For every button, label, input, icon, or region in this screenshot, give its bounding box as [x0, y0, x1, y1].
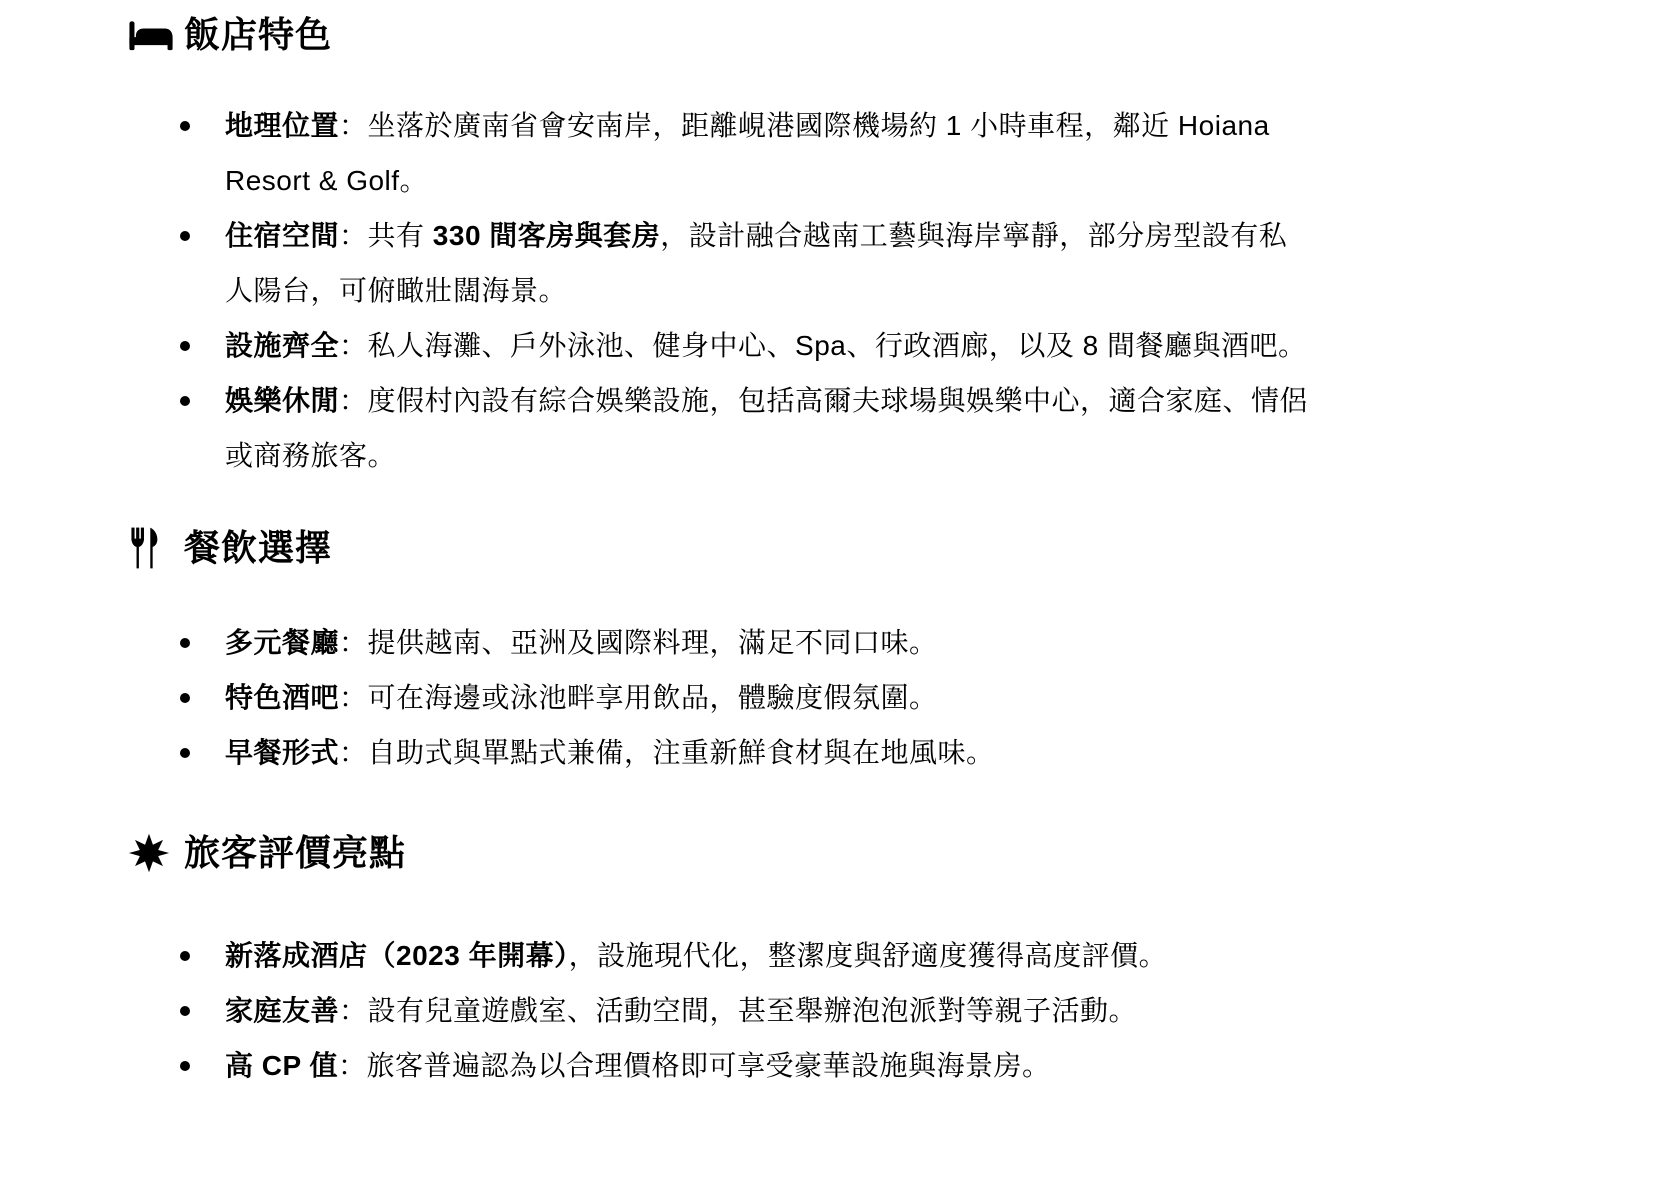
bullet-text: ：度假村內設有綜合娛樂設施，包括高爾夫球場與娛樂中心，適合家庭、情侶 或商務旅客… — [225, 385, 1308, 471]
section-title: 飯店特色 — [128, 10, 1654, 60]
section-title: 餐飲選擇 — [128, 523, 1654, 573]
bullet-lead: 家庭友善 — [225, 995, 339, 1026]
bullet-lead: 多元餐廳 — [225, 627, 339, 658]
section-title-text: 飯店特色 — [184, 10, 332, 60]
list-item: 住宿空間：共有 330 間客房與套房，設計融合越南工藝與海岸寧靜，部分房型設有私… — [225, 208, 1515, 318]
bullet-lead: 住宿空間 — [225, 220, 339, 251]
bullet-lead: 特色酒吧 — [225, 682, 339, 713]
bullet-text: ：提供越南、亞洲及國際料理，滿足不同口味。 — [339, 627, 938, 658]
bullet-dot — [180, 638, 190, 648]
bullet-dot — [180, 1061, 190, 1071]
bullet-text: ：自助式與單點式兼備，注重新鮮食材與在地風味。 — [339, 737, 995, 768]
bed-icon — [128, 18, 184, 52]
list-item: 娛樂休閒：度假村內設有綜合娛樂設施，包括高爾夫球場與娛樂中心，適合家庭、情侶 或… — [225, 373, 1515, 483]
section-hotel-features: 飯店特色 地理位置：坐落於廣南省會安南岸，距離峴港國際機場約 1 小時車程，鄰近… — [0, 10, 1654, 483]
list-item: 地理位置：坐落於廣南省會安南岸，距離峴港國際機場約 1 小時車程，鄰近 Hoia… — [225, 98, 1515, 208]
bullet-list: 多元餐廳：提供越南、亞洲及國際料理，滿足不同口味。 特色酒吧：可在海邊或泳池畔享… — [0, 615, 1515, 780]
bullet-dot — [180, 748, 190, 758]
list-item: 特色酒吧：可在海邊或泳池畔享用飲品，體驗度假氛圍。 — [225, 670, 1515, 725]
list-item: 高 CP 值：旅客普遍認為以合理價格即可享受豪華設施與海景房。 — [225, 1038, 1515, 1093]
star-burst-icon — [128, 832, 184, 874]
bullet-lead: 新落成酒店（2023 年開幕） — [225, 940, 569, 971]
bullet-text: ：旅客普遍認為以合理價格即可享受豪華設施與海景房。 — [338, 1050, 1051, 1081]
bullet-list: 新落成酒店（2023 年開幕），設施現代化，整潔度與舒適度獲得高度評價。 家庭友… — [0, 928, 1515, 1093]
bullet-text: ：可在海邊或泳池畔享用飲品，體驗度假氛圍。 — [339, 682, 938, 713]
bullet-dot — [180, 951, 190, 961]
bullet-list: 地理位置：坐落於廣南省會安南岸，距離峴港國際機場約 1 小時車程，鄰近 Hoia… — [0, 98, 1515, 483]
list-item: 新落成酒店（2023 年開幕），設施現代化，整潔度與舒適度獲得高度評價。 — [225, 928, 1515, 983]
bullet-lead-2: 330 間客房與套房 — [433, 220, 661, 251]
section-title-text: 旅客評價亮點 — [184, 828, 406, 878]
list-item: 早餐形式：自助式與單點式兼備，注重新鮮食材與在地風味。 — [225, 725, 1515, 780]
section-dining-options: 餐飲選擇 多元餐廳：提供越南、亞洲及國際料理，滿足不同口味。 特色酒吧：可在海邊… — [0, 523, 1654, 780]
list-item: 家庭友善：設有兒童遊戲室、活動空間，甚至舉辦泡泡派對等親子活動。 — [225, 983, 1515, 1038]
bullet-text: ：共有 — [339, 220, 433, 251]
bullet-dot — [180, 231, 190, 241]
section-title-text: 餐飲選擇 — [184, 523, 332, 573]
list-item: 多元餐廳：提供越南、亞洲及國際料理，滿足不同口味。 — [225, 615, 1515, 670]
bullet-text: ：坐落於廣南省會安南岸，距離峴港國際機場約 1 小時車程，鄰近 Hoiana R… — [225, 110, 1270, 196]
bullet-dot — [180, 121, 190, 131]
section-review-highlights: 旅客評價亮點 新落成酒店（2023 年開幕），設施現代化，整潔度與舒適度獲得高度… — [0, 828, 1654, 1093]
utensils-icon — [128, 526, 184, 570]
section-title: 旅客評價亮點 — [128, 828, 1654, 878]
bullet-lead: 早餐形式 — [225, 737, 339, 768]
document-page: 飯店特色 地理位置：坐落於廣南省會安南岸，距離峴港國際機場約 1 小時車程，鄰近… — [0, 0, 1654, 1093]
list-item: 設施齊全：私人海灘、戶外泳池、健身中心、Spa、行政酒廊，以及 8 間餐廳與酒吧… — [225, 318, 1515, 373]
bullet-lead: 地理位置 — [225, 110, 339, 141]
bullet-dot — [180, 396, 190, 406]
bullet-text: ：設有兒童遊戲室、活動空間，甚至舉辦泡泡派對等親子活動。 — [339, 995, 1137, 1026]
bullet-dot — [180, 693, 190, 703]
bullet-dot — [180, 1006, 190, 1016]
bullet-dot — [180, 341, 190, 351]
bullet-lead: 高 CP 值 — [225, 1050, 338, 1081]
bullet-text: ，設施現代化，整潔度與舒適度獲得高度評價。 — [569, 940, 1168, 971]
bullet-lead: 娛樂休閒 — [225, 385, 339, 416]
bullet-text: ：私人海灘、戶外泳池、健身中心、Spa、行政酒廊，以及 8 間餐廳與酒吧。 — [339, 330, 1306, 361]
bullet-lead: 設施齊全 — [225, 330, 339, 361]
